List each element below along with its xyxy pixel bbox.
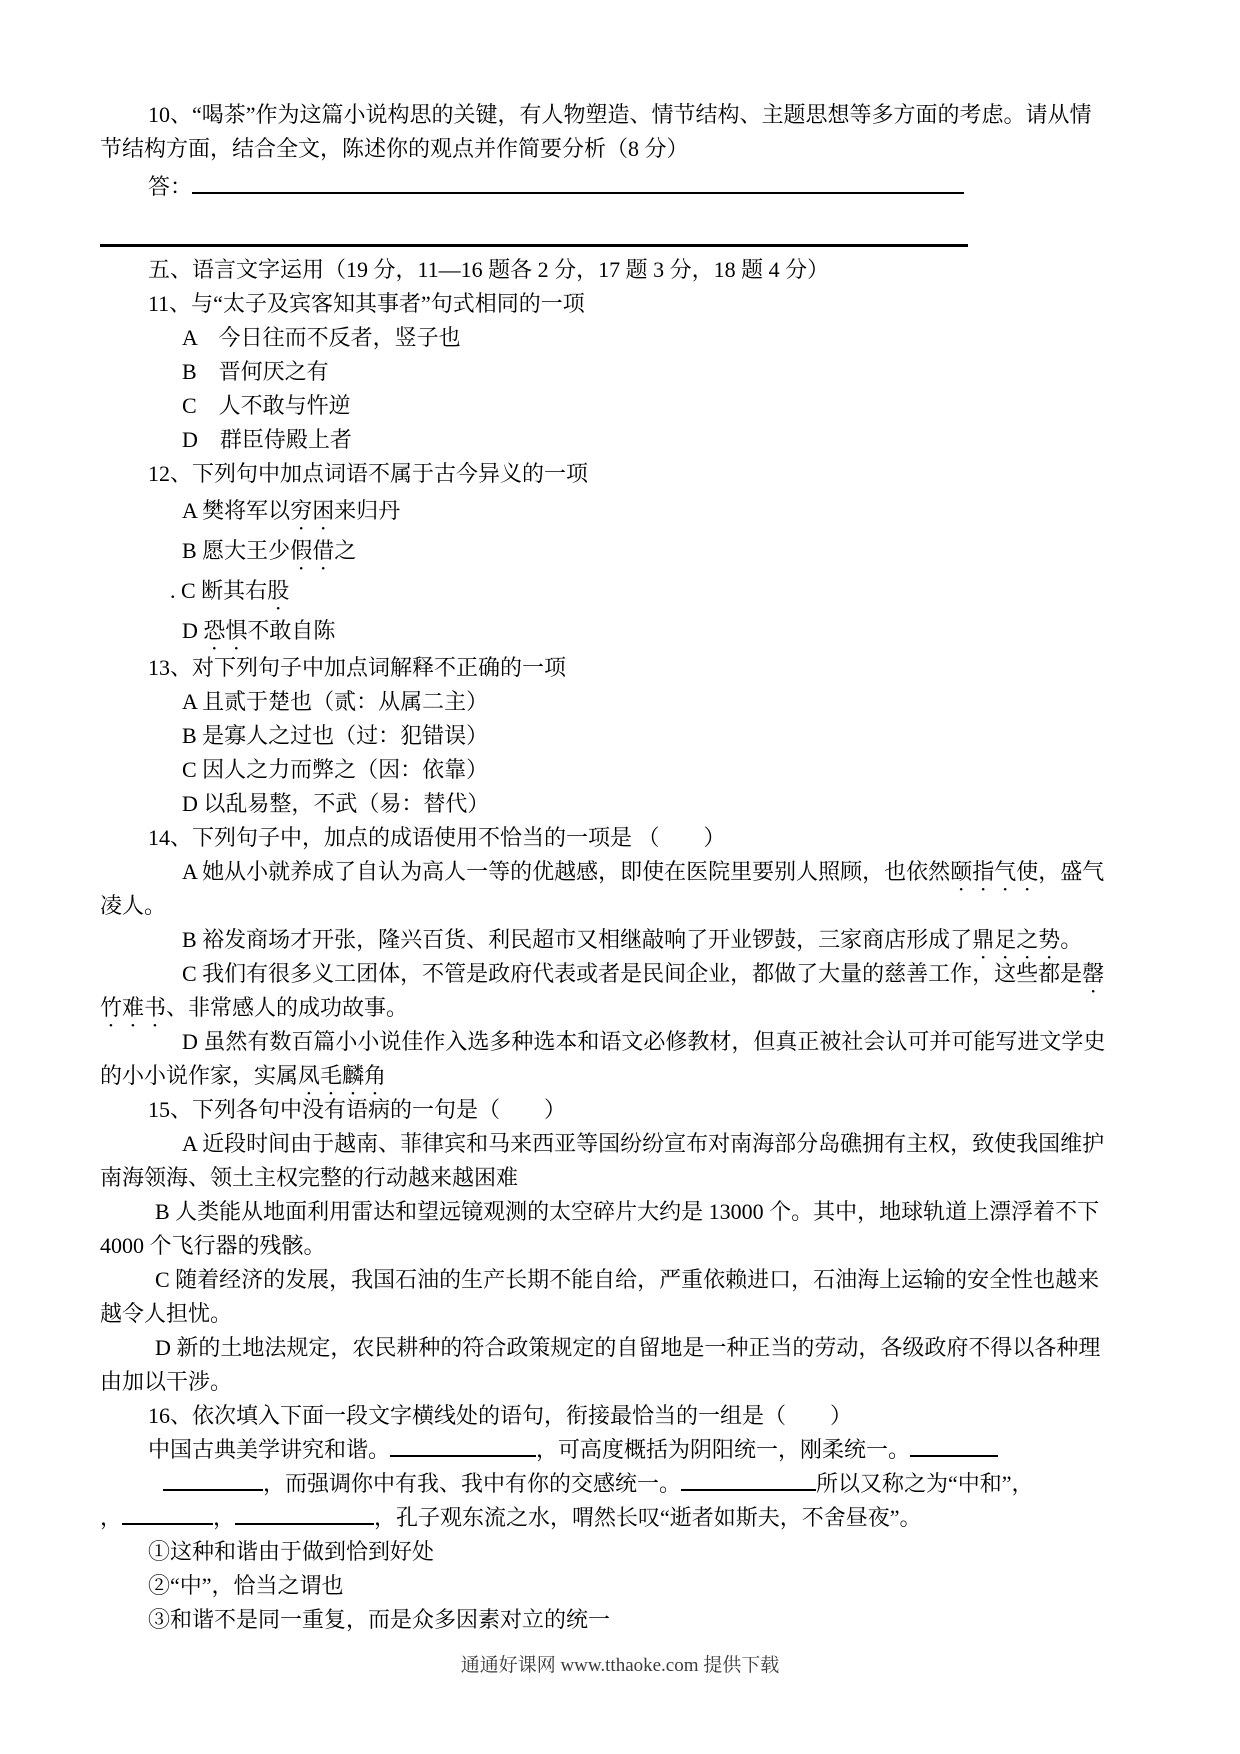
q13-option-a: A 且贰于楚也（贰：从属二主） bbox=[100, 685, 1140, 719]
q11-option-c: C 人不敢与忤逆 bbox=[100, 389, 1140, 423]
q16-blank-6 bbox=[235, 1505, 374, 1525]
q16-line2-mid: ，而强调你中有我、我中有你的交感统一。 bbox=[263, 1471, 681, 1496]
q16-line3-seg3: ，孔子观东流之水，喟然长叹“逝者如斯夫，不舍昼夜”。 bbox=[374, 1505, 922, 1530]
q16-line2-post: 所以又称之为“中和”， bbox=[816, 1471, 1034, 1496]
q14-d-pre: 的小小说作家，实属 bbox=[100, 1063, 298, 1088]
q12-a-pre: A 樊将军以 bbox=[182, 498, 290, 523]
q14-option-c-line-2: 竹难书、非常感人的成功故事。 bbox=[100, 991, 1140, 1025]
q16-stem: 16、依次填入下面一段文字横线处的语句，衔接最恰当的一组是（ ） bbox=[100, 1399, 1140, 1433]
q14-option-b: B 裕发商场才开张，隆兴百货、利民超市又相继敲响了开业锣鼓，三家商店形成了鼎足之… bbox=[100, 923, 1140, 957]
q14-a-emphasized: 颐指气使 bbox=[950, 859, 1038, 884]
q14-option-d-line-2: 的小小说作家，实属凤毛麟角 bbox=[100, 1059, 1140, 1093]
q15-option-d-line-2: 由加以干涉。 bbox=[100, 1365, 1140, 1399]
q10-answer-line: 答： bbox=[100, 166, 1140, 208]
q14-b-post: 。 bbox=[1060, 927, 1082, 952]
q16-blank-4 bbox=[681, 1471, 816, 1491]
q16-blank-3 bbox=[163, 1471, 263, 1491]
q16-passage-line-3: ，，，孔子观东流之水，喟然长叹“逝者如斯夫，不舍昼夜”。 bbox=[100, 1501, 1140, 1535]
q11-stem: 11、与“太子及宾客知其事者”句式相同的一项 bbox=[100, 287, 1140, 321]
q16-line1-mid: ，可高度概括为阴阳统一，刚柔统一。 bbox=[536, 1437, 910, 1462]
q12-b-emphasized: 假借 bbox=[290, 538, 334, 563]
q11-option-b: B 晋何厌之有 bbox=[100, 355, 1140, 389]
q14-a-pre: A 她从小就养成了自认为高人一等的优越感，即使在医院里要别人照顾，也依然 bbox=[182, 859, 950, 884]
q14-option-c-line-1: C 我们有很多义工团体，不管是政府代表或者是民间企业，都做了大量的慈善工作，这些… bbox=[100, 957, 1140, 991]
section-heading: 五、语言文字运用（19 分，11—16 题各 2 分，17 题 3 分，18 题… bbox=[100, 253, 1140, 287]
q16-blank-5 bbox=[122, 1505, 213, 1525]
q10-answer-blank-1 bbox=[192, 174, 964, 194]
q16-passage-line-1: 中国古典美学讲究和谐。，可高度概括为阴阳统一，刚柔统一。 bbox=[100, 1433, 1140, 1467]
q15-option-c-line-1: C 随着经济的发展，我国石油的生产长期不能自给，严重依赖进口，石油海上运输的安全… bbox=[100, 1263, 1140, 1297]
q14-c-emphasized-2: 竹难书 bbox=[100, 995, 166, 1020]
q11-option-a: A 今日往而不反者，竖子也 bbox=[100, 321, 1140, 355]
q16-line1-pre: 中国古典美学讲究和谐。 bbox=[148, 1437, 390, 1462]
q14-a-post: ，盛气 bbox=[1038, 859, 1104, 884]
q12-b-pre: B 愿大王少 bbox=[182, 538, 290, 563]
q16-item-2: ②“中”，恰当之谓也 bbox=[100, 1569, 1140, 1603]
q13-stem: 13、对下列句子中加点词解释不正确的一项 bbox=[100, 651, 1140, 685]
q12-option-c: . C 断其右股 bbox=[100, 571, 1140, 611]
q10-line-1: 10、“喝茶”作为这篇小说构思的关键，有人物塑造、情节结构、主题思想等多方面的考… bbox=[100, 98, 1140, 132]
q10-answer-label: 答： bbox=[148, 174, 192, 199]
exam-page: 10、“喝茶”作为这篇小说构思的关键，有人物塑造、情节结构、主题思想等多方面的考… bbox=[0, 0, 1240, 1754]
q10-line-2: 节结构方面，结合全文，陈述你的观点并作简要分析（8 分） bbox=[100, 132, 1140, 166]
q12-a-post: 来归丹 bbox=[334, 498, 400, 523]
q12-option-a: A 樊将军以穷困来归丹 bbox=[100, 491, 1140, 531]
q12-d-pre: D bbox=[182, 618, 203, 643]
q14-option-d-line-1: D 虽然有数百篇小小说佳作入选多种选本和语文必修教材，但真正被社会认可并可能写进… bbox=[100, 1025, 1140, 1059]
q16-line3-seg2: ， bbox=[213, 1505, 235, 1530]
q15-option-b-line-2: 4000 个飞行器的残骸。 bbox=[100, 1229, 1140, 1263]
q12-c-emphasized: 股 bbox=[267, 578, 289, 603]
q15-option-d-line-1: D 新的土地法规定，农民耕种的符合政策规定的自留地是一种正当的劳动，各级政府不得… bbox=[100, 1331, 1140, 1365]
q15-option-a-line-1: A 近段时间由于越南、菲律宾和马来西亚等国纷纷宣布对南海部分岛礁拥有主权，致使我… bbox=[100, 1127, 1140, 1161]
q14-option-a-line-1: A 她从小就养成了自认为高人一等的优越感，即使在医院里要别人照顾，也依然颐指气使… bbox=[100, 855, 1140, 889]
q12-d-post: 不敢自陈 bbox=[247, 618, 335, 643]
q12-b-post: 之 bbox=[334, 538, 356, 563]
q12-option-d: D 恐惧不敢自陈 bbox=[100, 611, 1140, 651]
q14-stem: 14、下列句子中，加点的成语使用不恰当的一项是 （ ） bbox=[100, 821, 1140, 855]
q15-option-b-line-1: B 人类能从地面利用雷达和望远镜观测的太空碎片大约是 13000 个。其中，地球… bbox=[100, 1195, 1140, 1229]
q16-line3-seg1: ， bbox=[100, 1505, 122, 1530]
q16-blank-1 bbox=[390, 1437, 536, 1457]
q16-item-1: ①这种和谐由于做到恰到好处 bbox=[100, 1535, 1140, 1569]
q13-option-b: B 是寡人之过也（过：犯错误） bbox=[100, 719, 1140, 753]
q14-b-pre: B 裕发商场才开张，隆兴百货、利民超市又相继敲响了开业锣鼓，三家商店形成了 bbox=[182, 927, 972, 952]
q15-option-c-line-2: 越令人担忧。 bbox=[100, 1297, 1140, 1331]
q14-c-pre: C 我们有很多义工团体，不管是政府代表或者是民间企业，都做了大量的慈善工作，这些… bbox=[182, 961, 1082, 986]
q16-item-3: ③和谐不是同一重复，而是众多因素对立的统一 bbox=[100, 1603, 1140, 1637]
q10-answer-blank-2 bbox=[100, 208, 968, 247]
q11-option-d: D 群臣侍殿上者 bbox=[100, 423, 1140, 457]
q15-option-a-line-2: 南海领海、领土主权完整的行动越来越困难 bbox=[100, 1161, 1140, 1195]
q12-stem: 12、下列句中加点词语不属于古今异义的一项 bbox=[100, 457, 1140, 491]
q14-option-a-line-2: 凌人。 bbox=[100, 889, 1140, 923]
q12-a-emphasized: 穷困 bbox=[290, 498, 334, 523]
q15-stem: 15、下列各句中没有语病的一句是（ ） bbox=[100, 1093, 1140, 1127]
q13-option-c: C 因人之力而弊之（因：依靠） bbox=[100, 753, 1140, 787]
q13-option-d: D 以乱易整，不武（易：替代） bbox=[100, 787, 1140, 821]
q12-option-b: B 愿大王少假借之 bbox=[100, 531, 1140, 571]
q14-d-emphasized: 凤毛麟角 bbox=[298, 1063, 386, 1088]
q16-passage-line-2: ，而强调你中有我、我中有你的交感统一。所以又称之为“中和”， bbox=[100, 1467, 1140, 1501]
q14-c-post: 、非常感人的成功故事。 bbox=[166, 995, 408, 1020]
q16-blank-2 bbox=[910, 1437, 998, 1457]
q12-c-pre: . C 断其右 bbox=[170, 578, 267, 603]
q14-c-emphasized-1: 罄 bbox=[1082, 961, 1104, 986]
page-footer: 通通好课网 www.tthaoke.com 提供下载 bbox=[100, 1653, 1140, 1679]
q12-d-emphasized: 恐惧 bbox=[203, 618, 247, 643]
q14-b-emphasized: 鼎足之势 bbox=[972, 927, 1060, 952]
